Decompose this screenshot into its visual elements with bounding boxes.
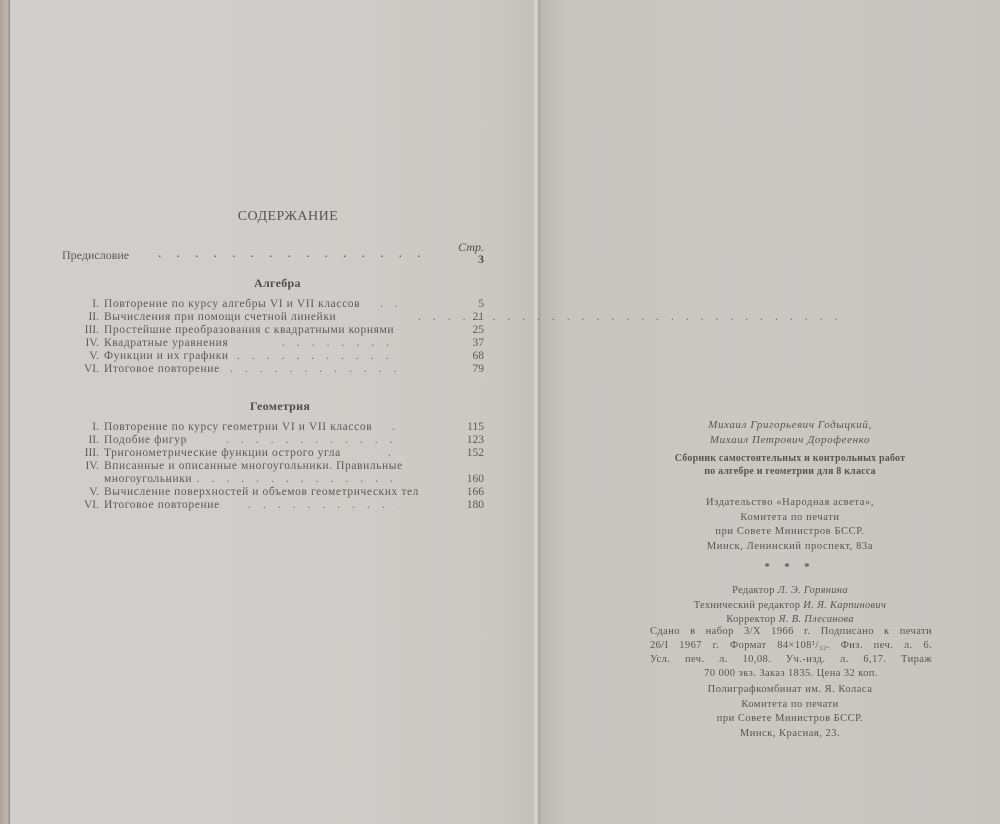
- toc-entry-continuation: многоугольники..........................…: [52, 473, 484, 486]
- toc-entry-numeral: I.: [92, 421, 99, 434]
- toc-entry-title: Вписанные и описанные многоугольники. Пр…: [104, 460, 403, 473]
- toc-entry-numeral: V.: [89, 350, 99, 363]
- print-specs: Сдано в набор 3/X 1966 г. Подписано к пе…: [650, 625, 932, 681]
- authors: Михаил Григорьевич Годыцкий, Михаил Петр…: [640, 418, 940, 448]
- toc-entry: I.Повторение по курсу алгебры VI и VII к…: [52, 298, 484, 311]
- staff-block: Редактор Л. Э. Горянина Технический реда…: [640, 584, 940, 628]
- book-spine-gutter: [533, 0, 543, 824]
- toc-entry-numeral: II.: [88, 311, 99, 324]
- toc-entry: III.Тригонометрические функции острого у…: [52, 447, 484, 460]
- toc-entry-title: Функции и их графики: [104, 350, 229, 363]
- staff-name: Я. В. Плесанова: [779, 614, 854, 625]
- toc-entry-numeral: III.: [85, 447, 99, 460]
- publisher-line: Издательство «Народная асвета»,: [640, 496, 940, 511]
- publisher-block: Издательство «Народная асвета», Комитета…: [640, 496, 940, 554]
- toc-title: СОДЕРЖАНИЕ: [228, 209, 348, 225]
- toc-entry-title: Подобие фигур: [104, 434, 187, 447]
- preface-page-number: 3: [458, 253, 484, 265]
- toc-entry: III.Простейшие преобразования с квадратн…: [52, 324, 484, 337]
- toc-entry-numeral: IV.: [85, 337, 99, 350]
- toc-entry-title: Повторение по курсу алгебры VI и VII кла…: [104, 298, 360, 311]
- toc-entry-page: 123: [467, 434, 484, 447]
- toc-entry-page: 79: [473, 363, 485, 376]
- section-heading-geometry: Геометрия: [250, 399, 310, 414]
- staff-name: И. Я. Карпинович: [803, 600, 886, 611]
- leader-dots: .............................: [380, 298, 398, 311]
- printer-line: при Совете Министров БССР.: [640, 712, 940, 727]
- printer-line: Комитета по печати: [640, 698, 940, 713]
- toc-entry-page: 21: [473, 311, 485, 324]
- specs-line: 70 000 экз. Заказ 1835. Цена 32 коп.: [650, 667, 932, 681]
- toc-entry: V.Вычисление поверхностей и объемов геом…: [52, 486, 484, 499]
- leader-dots: .............................: [388, 447, 398, 460]
- book-title: Сборник самостоятельных и контрольных ра…: [640, 452, 940, 478]
- staff-role: Редактор: [732, 585, 775, 596]
- toc-entry-page: 160: [467, 473, 484, 486]
- toc-entry: I.Повторение по курсу геометрии VI и VII…: [52, 421, 484, 434]
- toc-entry-numeral: II.: [88, 434, 99, 447]
- leader-dots: ..............................: [152, 473, 398, 486]
- toc-entry-page: 37: [473, 337, 485, 350]
- printer-line: Минск, Красная, 23.: [640, 727, 940, 742]
- toc-entry-page: 25: [473, 324, 485, 337]
- leader-dots: .............................: [248, 499, 398, 512]
- staff-role: Технический редактор: [694, 600, 801, 611]
- toc-entry-page: 166: [467, 486, 484, 499]
- toc-entry-numeral: I.: [92, 298, 99, 311]
- leader-dots: ...............: [158, 246, 436, 262]
- leader-dots: .............................: [230, 363, 398, 376]
- toc-entry-page: 5: [478, 298, 484, 311]
- toc-entry: IV.Квадратные уравнения.................…: [52, 337, 484, 350]
- staff-role: Корректор: [726, 614, 776, 625]
- book-title-line: по алгебре и геометрии для 8 класса: [640, 465, 940, 478]
- toc-entry-title: Итоговое повторение: [104, 499, 220, 512]
- book-title-line: Сборник самостоятельных и контрольных ра…: [640, 452, 940, 465]
- toc-entry: VI.Итоговое повторение..................…: [52, 363, 484, 376]
- separator-asterisks: * * *: [640, 561, 940, 575]
- specs-line: Сдано в набор 3/X 1966 г. Подписано к пе…: [650, 625, 932, 639]
- toc-entry-numeral: IV.: [85, 460, 99, 473]
- section-heading-algebra: Алгебра: [254, 276, 301, 291]
- toc-entry-page: 152: [467, 447, 484, 460]
- leader-dots: .............................: [222, 350, 398, 363]
- toc-entry-title: Вычисление поверхностей и объемов геомет…: [104, 486, 419, 499]
- staff-name: Л. Э. Горянина: [778, 585, 848, 596]
- toc-entry-title: Вычисления при помощи счетной линейки: [104, 311, 336, 324]
- page-column-label: Стр. 3: [458, 241, 484, 265]
- toc-entry-page: 180: [467, 499, 484, 512]
- toc-entry-numeral: III.: [85, 324, 99, 337]
- toc-entry-page: 115: [467, 421, 484, 434]
- publisher-line: при Совете Министров БССР.: [640, 525, 940, 540]
- leader-dots: .............................: [226, 434, 398, 447]
- toc-entry-title: Итоговое повторение: [104, 363, 220, 376]
- preface-entry: Предисловие: [62, 248, 129, 263]
- toc-entry: II.Вычисления при помощи счетной линейки…: [52, 311, 484, 324]
- publisher-line: Минск, Ленинский проспект, 83а: [640, 540, 940, 555]
- toc-entry-title: Простейшие преобразования с квадратными …: [104, 324, 394, 337]
- toc-entry: II.Подобие фигур........................…: [52, 434, 484, 447]
- toc-entry-title: Тригонометрические функции острого угла: [104, 447, 341, 460]
- toc-entry-numeral: VI.: [84, 499, 99, 512]
- publisher-line: Комитета по печати: [640, 511, 940, 526]
- staff-line: Редактор Л. Э. Горянина: [640, 584, 940, 599]
- toc-entry-numeral: VI.: [84, 363, 99, 376]
- toc-entry-title: Квадратные уравнения: [104, 337, 228, 350]
- toc-entry: VI.Итоговое повторение..................…: [52, 499, 484, 512]
- toc-entry: IV.Вписанные и описанные многоугольники.…: [52, 460, 484, 473]
- book-edge: [0, 0, 10, 824]
- printer-block: Полиграфкомбинат им. Я. Коласа Комитета …: [640, 683, 940, 741]
- toc-entry: V.Функции и их графики..................…: [52, 350, 484, 363]
- toc-entry-page: 68: [473, 350, 485, 363]
- leader-dots: .............................: [282, 337, 398, 350]
- leader-dots: .............................: [392, 421, 398, 434]
- specs-line: 26/I 1967 г. Формат 84×108¹/₃₂. Физ. печ…: [650, 639, 932, 653]
- toc-entry-numeral: V.: [89, 486, 99, 499]
- author-line: Михаил Григорьевич Годыцкий,: [640, 418, 940, 433]
- printer-line: Полиграфкомбинат им. Я. Коласа: [640, 683, 940, 698]
- specs-line: Усл. печ. л. 10,08. Уч.-изд. л. 6,17. Ти…: [650, 653, 932, 667]
- toc-entry-title: Повторение по курсу геометрии VI и VII к…: [104, 421, 372, 434]
- staff-line: Технический редактор И. Я. Карпинович: [640, 599, 940, 614]
- author-line: Михаил Петрович Дорофеенко: [640, 433, 940, 448]
